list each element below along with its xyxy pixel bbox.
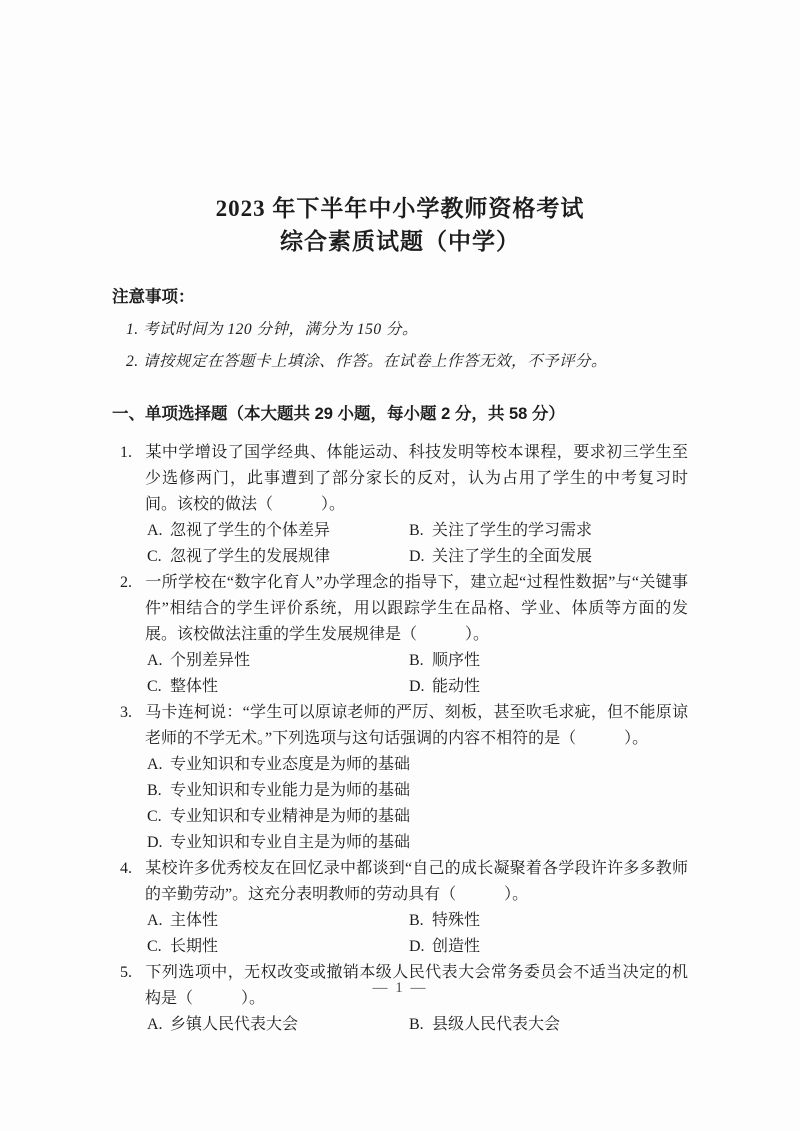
- question-4-option-c: C.长期性: [147, 934, 409, 960]
- paper-title-line1: 2023 年下半年中小学教师资格考试: [112, 192, 688, 225]
- question-3-option-d: D.专业知识和专业自主是为师的基础: [147, 830, 688, 856]
- option-text: 顺序性: [432, 652, 480, 669]
- question-2-option-b: B.顺序性: [409, 648, 688, 674]
- option-text: 创造性: [432, 938, 480, 955]
- option-label: B.: [409, 908, 432, 934]
- option-label: C.: [147, 804, 170, 830]
- option-label: D.: [409, 544, 432, 570]
- option-text: 能动性: [432, 678, 480, 695]
- notice-item-1: 1. 考试时间为 120 分钟，满分为 150 分。: [112, 320, 688, 339]
- question-5-options: A.乡镇人民代表大会 B.县级人民代表大会: [112, 1012, 688, 1038]
- question-4: 4.某校许多优秀校友在回忆录中都谈到“自己的成长凝聚着各学段许许多多教师的辛勤劳…: [112, 856, 688, 960]
- page-number: — 1 —: [0, 980, 800, 997]
- question-5-option-a: A.乡镇人民代表大会: [147, 1012, 409, 1038]
- question-2-text: 一所学校在“数字化育人”办学理念的指导下，建立起“过程性数据”与“关键事件”相结…: [145, 574, 688, 643]
- question-1-option-d: D.关注了学生的全面发展: [409, 544, 688, 570]
- option-text: 乡镇人民代表大会: [170, 1016, 298, 1033]
- option-text: 专业知识和专业自主是为师的基础: [170, 834, 410, 851]
- option-text: 个别差异性: [170, 652, 250, 669]
- option-label: A.: [147, 1012, 170, 1038]
- question-2-options: A.个别差异性 B.顺序性 C.整体性 D.能动性: [112, 648, 688, 700]
- question-4-text: 某校许多优秀校友在回忆录中都谈到“自己的成长凝聚着各学段许许多多教师的辛勤劳动”…: [145, 860, 688, 903]
- question-3-text: 马卡连柯说：“学生可以原谅老师的严厉、刻板，甚至吹毛求疵，但不能原谅老师的不学无…: [145, 704, 688, 747]
- question-4-options: A.主体性 B.特殊性 C.长期性 D.创造性: [112, 908, 688, 960]
- section-header-single-choice: 一、单项选择题（本大题共 29 小题，每小题 2 分，共 58 分）: [112, 404, 688, 424]
- question-1-option-a: A.忽视了学生的个体差异: [147, 518, 409, 544]
- question-3-stem: 3.马卡连柯说：“学生可以原谅老师的严厉、刻板，甚至吹毛求疵，但不能原谅老师的不…: [112, 700, 688, 752]
- option-label: A.: [147, 648, 170, 674]
- question-4-option-a: A.主体性: [147, 908, 409, 934]
- question-3-option-c: C.专业知识和专业精神是为师的基础: [147, 804, 688, 830]
- question-1: 1.某中学增设了国学经典、体能运动、科技发明等校本课程，要求初三学生至少选修两门…: [112, 440, 688, 570]
- option-label: B.: [409, 648, 432, 674]
- option-text: 特殊性: [432, 912, 480, 929]
- question-3: 3.马卡连柯说：“学生可以原谅老师的严厉、刻板，甚至吹毛求疵，但不能原谅老师的不…: [112, 700, 688, 856]
- option-label: D.: [409, 934, 432, 960]
- question-5: 5.下列选项中，无权改变或撤销本级人民代表大会常务委员会不适当决定的机构是（ ）…: [112, 960, 688, 1038]
- question-2-option-d: D.能动性: [409, 674, 688, 700]
- question-2: 2.一所学校在“数字化育人”办学理念的指导下，建立起“过程性数据”与“关键事件”…: [112, 570, 688, 700]
- notice-item-2: 2. 请按规定在答题卡上填涂、作答。在试卷上作答无效，不予评分。: [112, 352, 688, 371]
- option-label: C.: [147, 934, 170, 960]
- option-label: B.: [409, 1012, 432, 1038]
- option-label: A.: [147, 518, 170, 544]
- question-1-text: 某中学增设了国学经典、体能运动、科技发明等校本课程，要求初三学生至少选修两门，此…: [145, 444, 688, 513]
- question-4-stem: 4.某校许多优秀校友在回忆录中都谈到“自己的成长凝聚着各学段许许多多教师的辛勤劳…: [112, 856, 688, 908]
- question-3-option-b: B.专业知识和专业能力是为师的基础: [147, 778, 688, 804]
- title-block: 2023 年下半年中小学教师资格考试 综合素质试题（中学）: [112, 0, 688, 258]
- question-1-option-c: C.忽视了学生的发展规律: [147, 544, 409, 570]
- option-text: 专业知识和专业态度是为师的基础: [170, 756, 410, 773]
- notice-section: 注意事项： 1. 考试时间为 120 分钟，满分为 150 分。 2. 请按规定…: [112, 288, 688, 371]
- option-text: 忽视了学生的个体差异: [170, 522, 330, 539]
- question-1-option-b: B.关注了学生的学习需求: [409, 518, 688, 544]
- option-label: C.: [147, 674, 170, 700]
- question-4-option-d: D.创造性: [409, 934, 688, 960]
- question-2-stem: 2.一所学校在“数字化育人”办学理念的指导下，建立起“过程性数据”与“关键事件”…: [112, 570, 688, 648]
- option-text: 忽视了学生的发展规律: [170, 548, 330, 565]
- option-text: 关注了学生的学习需求: [432, 522, 592, 539]
- question-1-stem: 1.某中学增设了国学经典、体能运动、科技发明等校本课程，要求初三学生至少选修两门…: [112, 440, 688, 518]
- questions-list: 1.某中学增设了国学经典、体能运动、科技发明等校本课程，要求初三学生至少选修两门…: [112, 440, 688, 1038]
- option-text: 主体性: [170, 912, 218, 929]
- question-2-option-a: A.个别差异性: [147, 648, 409, 674]
- question-1-options: A.忽视了学生的个体差异 B.关注了学生的学习需求 C.忽视了学生的发展规律 D…: [112, 518, 688, 570]
- paper-title-line2: 综合素质试题（中学）: [112, 225, 688, 258]
- option-text: 县级人民代表大会: [432, 1016, 560, 1033]
- question-3-number: 3.: [112, 700, 145, 726]
- option-text: 整体性: [170, 678, 218, 695]
- option-label: B.: [147, 778, 170, 804]
- notice-header: 注意事项：: [112, 288, 688, 307]
- option-label: D.: [409, 674, 432, 700]
- question-2-number: 2.: [112, 570, 145, 596]
- option-label: C.: [147, 544, 170, 570]
- option-text: 长期性: [170, 938, 218, 955]
- option-label: B.: [409, 518, 432, 544]
- option-text: 专业知识和专业精神是为师的基础: [170, 808, 410, 825]
- exam-paper-page: 2023 年下半年中小学教师资格考试 综合素质试题（中学） 注意事项： 1. 考…: [0, 0, 800, 1131]
- option-text: 关注了学生的全面发展: [432, 548, 592, 565]
- option-label: A.: [147, 752, 170, 778]
- option-text: 专业知识和专业能力是为师的基础: [170, 782, 410, 799]
- question-2-option-c: C.整体性: [147, 674, 409, 700]
- option-label: D.: [147, 830, 170, 856]
- question-1-number: 1.: [112, 440, 145, 466]
- option-label: A.: [147, 908, 170, 934]
- question-5-option-b: B.县级人民代表大会: [409, 1012, 688, 1038]
- question-3-option-a: A.专业知识和专业态度是为师的基础: [147, 752, 688, 778]
- question-4-option-b: B.特殊性: [409, 908, 688, 934]
- question-4-number: 4.: [112, 856, 145, 882]
- question-3-options: A.专业知识和专业态度是为师的基础 B.专业知识和专业能力是为师的基础 C.专业…: [112, 752, 688, 856]
